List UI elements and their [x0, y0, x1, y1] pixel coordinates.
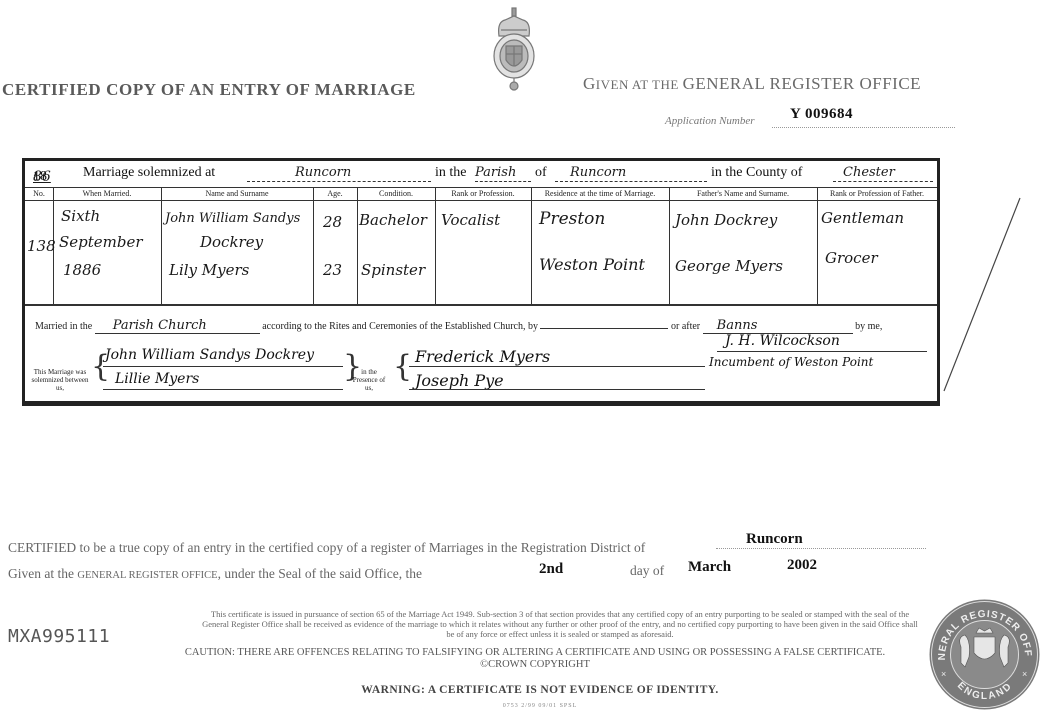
cancellation-stroke: [942, 196, 1022, 396]
county-name: Chester: [843, 165, 895, 180]
registration-district: Runcorn: [746, 531, 803, 548]
heading-initial: G: [583, 74, 596, 93]
officiant-title: Incumbent of Weston Point: [709, 355, 873, 369]
column-header-no: No.: [25, 189, 53, 198]
svg-text:×: ×: [941, 669, 946, 679]
heading-smallcaps: IVEN AT THE: [596, 77, 683, 92]
fill-line: [247, 181, 431, 182]
day-of-label: day of: [630, 563, 664, 579]
column-header-father-profession: Rank or Profession of Father.: [817, 189, 937, 198]
groom-signature: John William Sandys Dockrey: [105, 347, 314, 363]
or-after-label: or after: [671, 321, 700, 332]
solemnized-at-place: Runcorn: [295, 165, 351, 180]
officiant-signature: J. H. Wilcockson: [725, 333, 840, 349]
under-seal-text: , under the Seal of the said Office, the: [218, 566, 422, 581]
year-suffix: 86: [33, 169, 51, 185]
column-divider: [313, 187, 314, 304]
of-label: of: [535, 165, 547, 181]
column-divider: [669, 187, 670, 304]
married-in-line: Married in the Parish Church according t…: [35, 318, 882, 334]
bride-father-profession: Grocer: [825, 249, 878, 267]
when-married-year: 1886: [63, 261, 101, 279]
signature-line: [103, 389, 343, 390]
column-header-profession: Rank or Profession.: [435, 189, 531, 198]
bride-name: Lily Myers: [169, 261, 249, 279]
bride-age: 23: [323, 261, 342, 279]
bride-father-name: George Myers: [675, 257, 783, 275]
when-married-day: Sixth: [61, 207, 100, 225]
register-entry: 1886. Marriage solemnized at Runcorn in …: [22, 158, 940, 406]
or-after-value: Banns: [703, 318, 853, 334]
groom-profession: Vocalist: [441, 211, 500, 229]
entry-header-line: 1886. Marriage solemnized at Runcorn in …: [25, 161, 937, 187]
form-code: 0753 2/99 09/01 SPSL: [400, 703, 680, 709]
certification-line-2: Given at the GENERAL REGISTER OFFICE, un…: [8, 566, 422, 582]
district-name: Runcorn: [570, 165, 626, 180]
certification-text: CERTIFIED to be a true copy of an entry …: [8, 540, 645, 555]
given-at-text: Given at the: [8, 566, 77, 581]
when-married-month: September: [59, 233, 143, 251]
solemnized-between-label: This Marriage was solemnized between us,: [29, 368, 91, 392]
heading-main: GENERAL REGISTER OFFICE: [683, 74, 922, 93]
witness-signature-1: Frederick Myers: [415, 347, 550, 366]
application-number: Y 009684: [790, 106, 853, 123]
bride-signature: Lillie Myers: [115, 371, 199, 387]
fill-line: [475, 181, 531, 182]
column-header-condition: Condition.: [357, 189, 435, 198]
district-type: Parish: [475, 165, 516, 180]
solemnized-at-label: Marriage solemnized at: [83, 165, 215, 181]
column-divider: [161, 187, 162, 304]
column-divider: [817, 187, 818, 304]
groom-age: 28: [323, 213, 342, 231]
svg-text:×: ×: [1022, 669, 1027, 679]
royal-crest-icon: [489, 6, 539, 94]
groom-condition: Bachelor: [359, 211, 427, 229]
certificate-title: CERTIFIED COPY OF AN ENTRY OF MARRIAGE: [2, 80, 416, 100]
groom-name-line1: John William Sandys: [165, 211, 300, 226]
by-me-label: by me,: [855, 321, 882, 332]
legal-notice: This certificate is issued in pursuance …: [200, 609, 920, 639]
witness-signature-2: Joseph Pye: [415, 371, 504, 390]
given-at-office-heading: GIVEN AT THE GENERAL REGISTER OFFICE: [583, 74, 921, 94]
column-divider: [531, 187, 532, 304]
groom-residence: Preston: [539, 209, 605, 229]
identity-warning: WARNING: A CERTIFICATE IS NOT EVIDENCE O…: [200, 684, 880, 696]
column-header-age: Age.: [313, 189, 357, 198]
fill-line: [833, 181, 933, 182]
signature-line: [717, 351, 927, 352]
signature-line: [409, 366, 705, 367]
row-divider: [25, 304, 937, 306]
certificate-month: March: [688, 559, 731, 576]
column-divider: [435, 187, 436, 304]
entry-bottom-border: [25, 401, 937, 404]
signature-line: [103, 366, 343, 367]
office-smallcaps: GENERAL REGISTER OFFICE: [77, 570, 217, 581]
column-header-father-name: Father's Name and Surname.: [669, 189, 817, 198]
column-header-residence: Residence at the time of Marriage.: [531, 189, 669, 198]
groom-name-line2: Dockrey: [200, 233, 263, 251]
certification-line-1: CERTIFIED to be a true copy of an entry …: [8, 540, 645, 556]
groom-father-name: John Dockrey: [675, 211, 777, 229]
rites-text: according to the Rites and Ceremonies of…: [262, 321, 538, 332]
fill-line: [555, 181, 707, 182]
column-divider: [357, 187, 358, 304]
column-header-name: Name and Surname: [161, 189, 313, 198]
in-the-label: in the: [435, 165, 467, 181]
serial-number: MXA995111: [8, 626, 110, 647]
caution-notice: CAUTION: THERE ARE OFFENCES RELATING TO …: [180, 647, 890, 671]
entry-year: 1886.: [33, 165, 37, 181]
bride-residence: Weston Point: [539, 255, 645, 274]
by-licence-field: [540, 328, 668, 329]
application-number-label: Application Number: [665, 115, 755, 127]
married-in-label: Married in the: [35, 321, 92, 332]
county-label: in the County of: [711, 165, 802, 181]
presence-label: in the Presence of us,: [352, 368, 386, 392]
bride-condition: Spinster: [361, 261, 425, 279]
groom-father-profession: Gentleman: [821, 209, 904, 227]
entry-number: 138: [27, 237, 56, 255]
district-fill-line: [716, 548, 926, 549]
general-register-office-seal-icon: GENERAL REGISTER OFFICE ENGLAND × ×: [927, 597, 1042, 712]
column-header-when-married: When Married.: [53, 189, 161, 198]
married-in-place: Parish Church: [95, 318, 260, 334]
signature-line: [409, 389, 705, 390]
certificate-year: 2002: [787, 557, 817, 574]
certificate-day: 2nd: [539, 561, 563, 578]
